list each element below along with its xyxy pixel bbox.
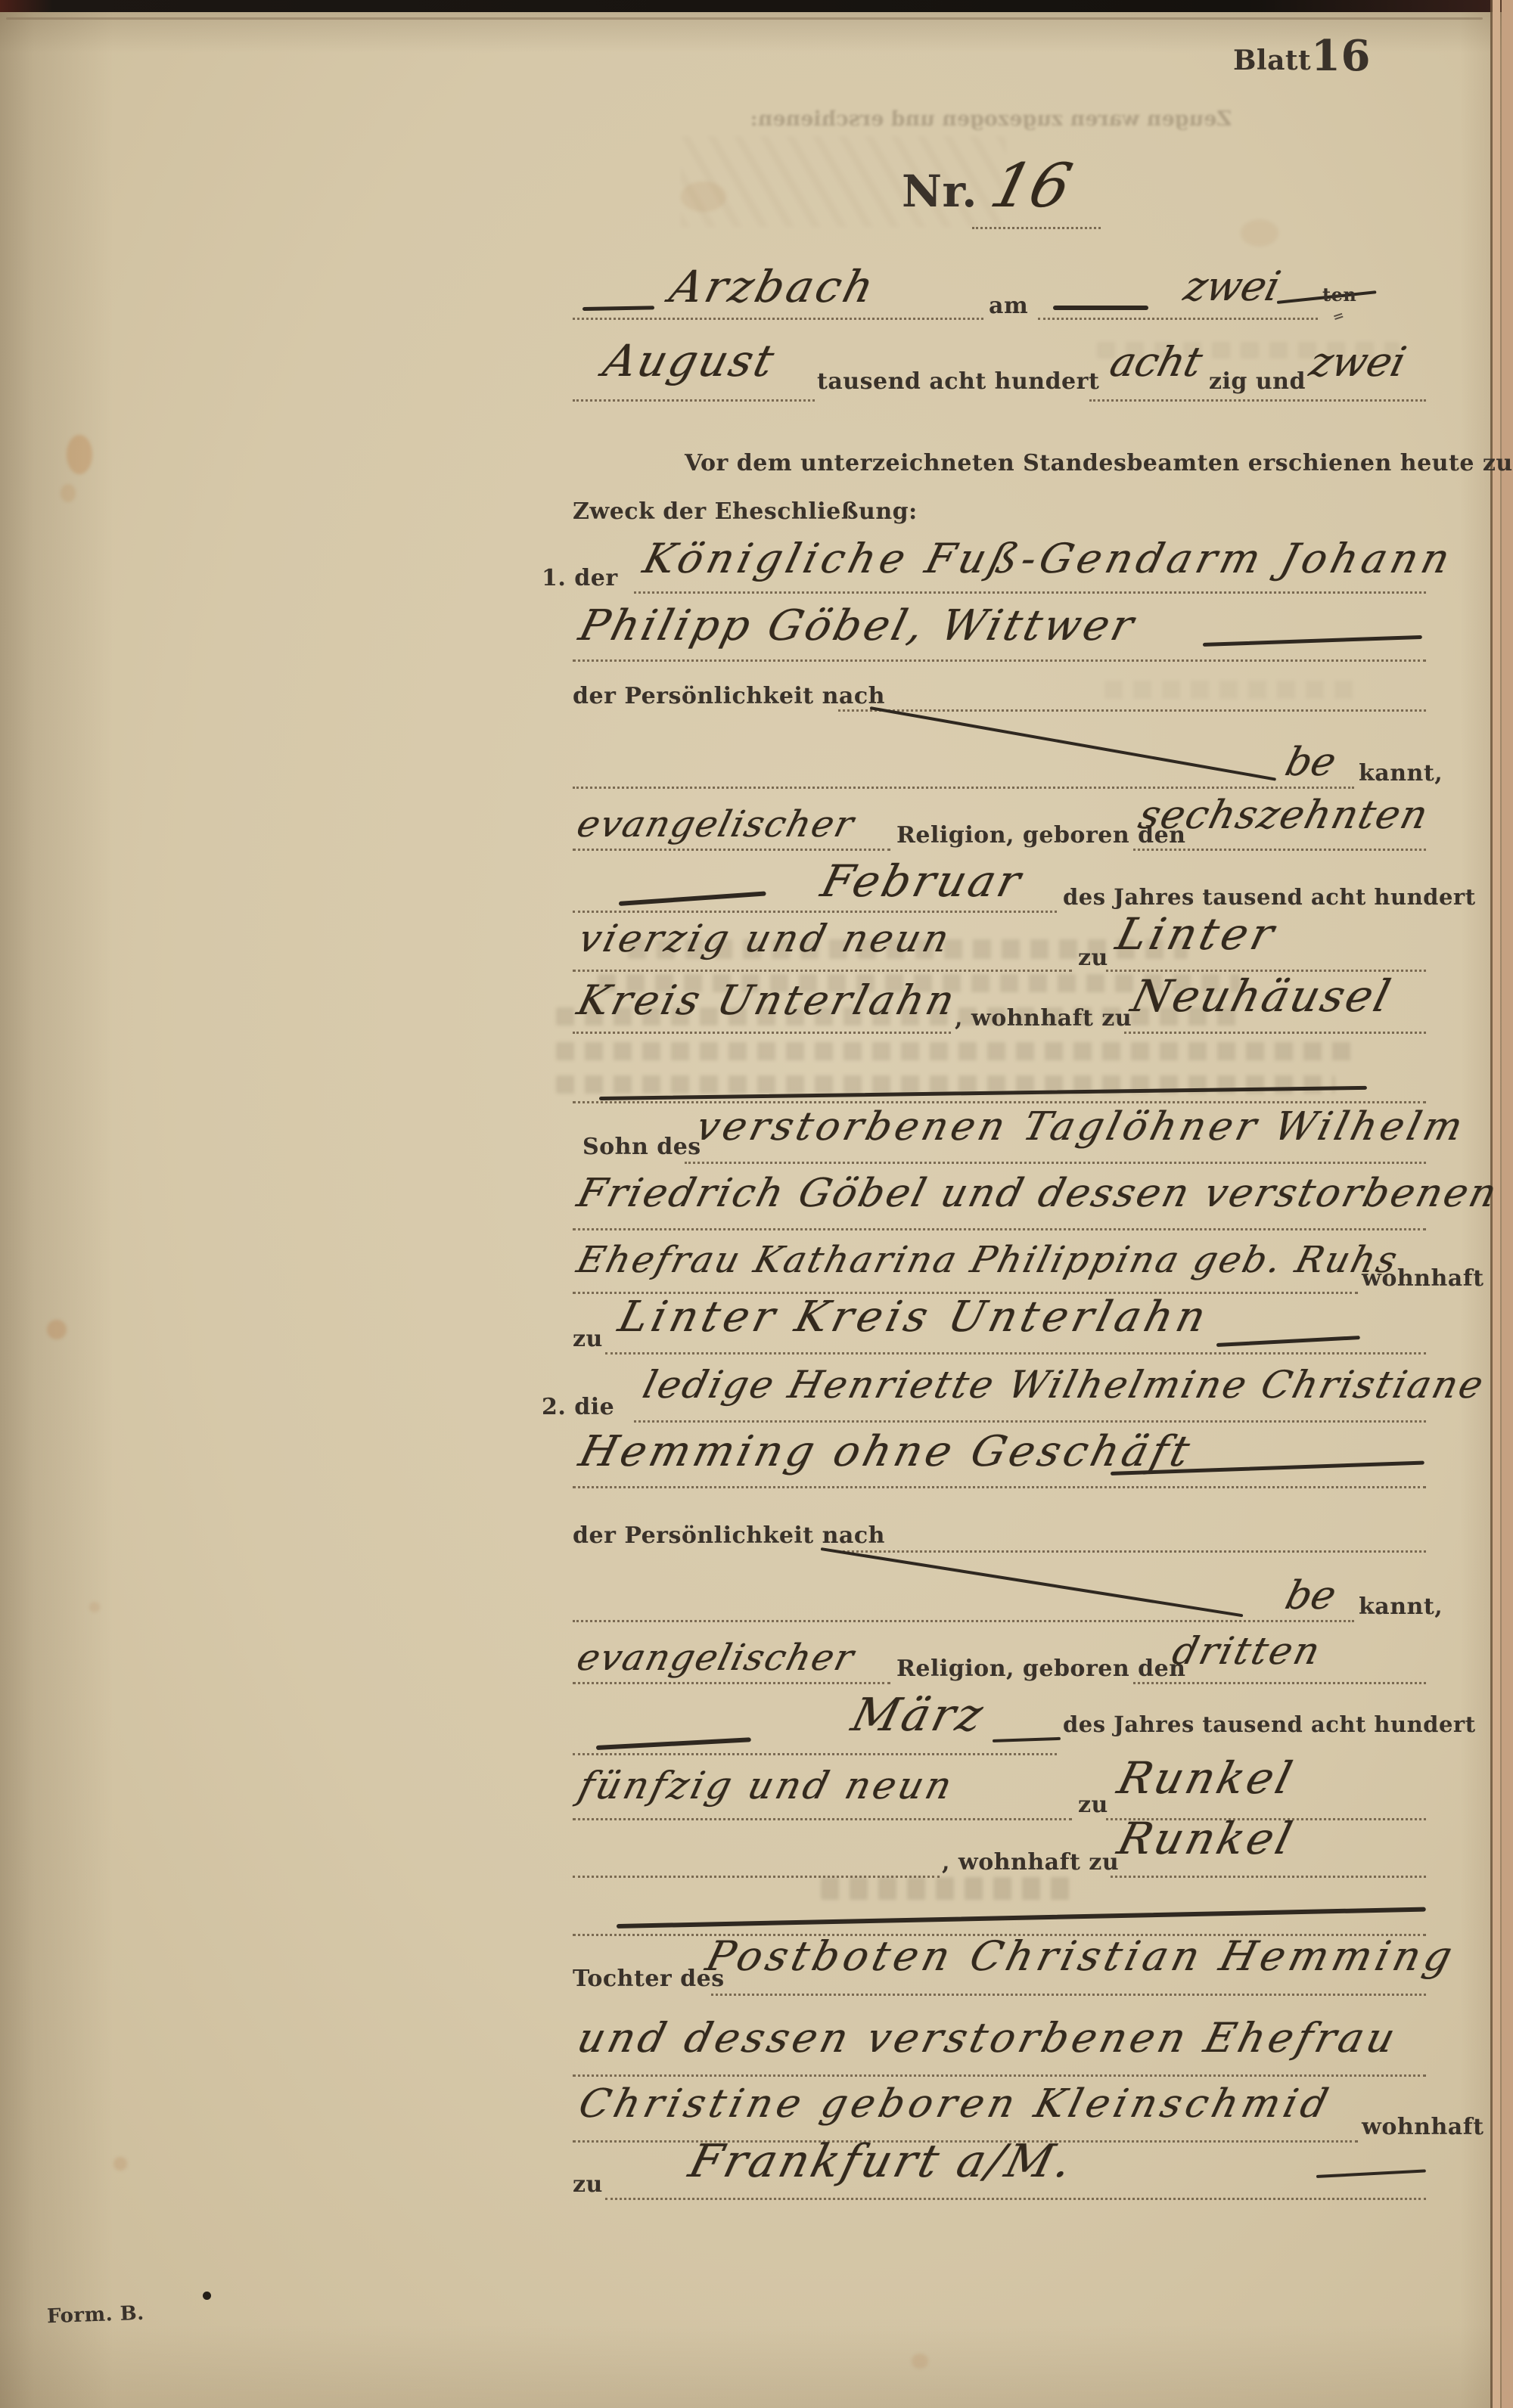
des-jahres-label-groom: des Jahres tausend acht hundert [1063, 886, 1476, 908]
bleedthrough-reverse-text: Zeugen waren zugezogen und erschienen: [803, 107, 1232, 131]
rule [711, 1994, 1426, 1996]
rule [573, 1876, 940, 1878]
rule [634, 1420, 1426, 1423]
rule [1124, 1032, 1426, 1034]
rule [573, 1682, 890, 1684]
des-jahres-label-bride: des Jahres tausend acht hundert [1063, 1714, 1476, 1736]
year-tens-entry: acht [1106, 342, 1206, 383]
foxing-spot [61, 484, 76, 502]
rule [1038, 318, 1318, 320]
rule [573, 1228, 1426, 1230]
nr-label: Nr. [902, 169, 977, 213]
groom-religion-entry: evangelischer [573, 806, 859, 842]
kannt-label-groom: kannt, [1359, 762, 1443, 785]
rule [573, 399, 815, 402]
rule [573, 659, 1426, 662]
form-code: Form. B. [47, 2304, 145, 2326]
rule [573, 911, 1057, 913]
rule [1133, 1682, 1426, 1684]
rule [573, 1101, 1426, 1103]
year-ones-entry: zwei [1306, 342, 1409, 383]
am-label: am [989, 295, 1028, 318]
zu-label-groom-parents: zu [573, 1328, 603, 1351]
bride-residence-entry: Runkel [1114, 1817, 1299, 1860]
bride-birth-place-entry: Runkel [1114, 1756, 1299, 1800]
groom-birth-year-entry: vierzig und neun [575, 920, 955, 957]
pen-strikeout-blank-line [617, 1907, 1426, 1929]
rule [573, 2074, 1426, 2077]
rule [573, 1032, 951, 1034]
rule [573, 849, 890, 851]
foxing-spot [67, 435, 92, 474]
ink-dot [203, 2292, 211, 2300]
rule [573, 1818, 1072, 1820]
rule [605, 2198, 1426, 2200]
bleedthrough-strip [556, 1042, 1358, 1060]
foxing-spot [681, 182, 726, 212]
bride-birth-month-entry: März [847, 1693, 990, 1738]
pen-dash [993, 1737, 1061, 1742]
page-top-edge-line [6, 17, 1483, 20]
pen-dash [1053, 306, 1148, 310]
groom-birth-month-entry: Februar [817, 859, 1027, 903]
rule [605, 1352, 1426, 1354]
registry-page: Zeugen waren zugezogen und erschienen: B… [0, 0, 1513, 2408]
rule [573, 1620, 1354, 1622]
zig-und-label: zig und [1209, 371, 1306, 393]
groom-birth-place-entry: Linter [1112, 912, 1282, 956]
month-entry: August [599, 339, 780, 383]
bride-known-entry: be [1282, 1576, 1340, 1615]
ten-suffix-label: ten [1322, 286, 1356, 304]
day-entry: zwei [1180, 266, 1284, 307]
wohnhaft-zu-label-bride: , wohnhaft zu [942, 1851, 1119, 1874]
bleedthrough-strip [821, 1877, 1070, 1900]
groom-parents-line2: Friedrich Göbel und dessen verstorbenen [573, 1174, 1502, 1213]
bride-parents-line2: und dessen verstorbenen Ehefrau [573, 2018, 1403, 2059]
rule [1133, 849, 1426, 851]
groom-residence-entry: Neuhäusel [1127, 974, 1396, 1018]
groom-parents-residence: Linter Kreis Unterlahn [614, 1296, 1214, 1339]
bride-parents-residence: Frankfurt a/M. [685, 2139, 1079, 2184]
groom-description-line1: Königliche Fuß-Gendarm Johann [639, 538, 1458, 579]
sohn-des-label: Sohn des [583, 1136, 701, 1159]
record-number: 16 [985, 156, 1077, 216]
rule [972, 227, 1101, 229]
rule [685, 1162, 1426, 1164]
blatt-label: Blatt [1233, 47, 1311, 74]
bleedthrough-strip [1104, 681, 1354, 699]
pen-dash [596, 1737, 751, 1750]
rule [838, 709, 1426, 712]
persoenlichkeit-label-groom: der Persönlichkeit nach [573, 685, 885, 708]
rule [634, 591, 1426, 594]
bride-description-line2: Hemming ohne Geschäft [575, 1431, 1197, 1473]
rule [838, 1550, 1426, 1553]
foxing-spot [912, 2354, 928, 2369]
pen-diagonal-stroke [821, 1547, 1244, 1617]
rule [573, 1486, 1426, 1488]
pen-dash [1316, 2169, 1426, 2178]
bride-description-line1: ledige Henriette Wilhelmine Christiane [639, 1366, 1489, 1404]
place-entry: Arzbach [666, 265, 881, 309]
groom-parents-line1: verstorbenen Taglöhner Wilhelm [692, 1107, 1470, 1147]
item1-label: 1. der [542, 567, 618, 590]
item2-label: 2. die [542, 1396, 614, 1419]
religion-label-bride: Religion, geboren den [896, 1658, 1185, 1680]
wohnhaft-label-bride-parents: wohnhaft [1362, 2116, 1483, 2139]
rule [1111, 1876, 1426, 1878]
intro-line-2: Zweck der Eheschließung: [573, 501, 918, 523]
wohnhaft-label-groom-parents: wohnhaft [1362, 1268, 1483, 1290]
rule [1089, 399, 1426, 402]
persoenlichkeit-label-bride: der Persönlichkeit nach [573, 1525, 885, 1547]
foxing-spot [1241, 219, 1278, 247]
intro-line-1: Vor dem unterzeichneten Standesbeamten e… [685, 452, 1513, 475]
groom-birth-place2-entry: Kreis Unterlahn [573, 980, 962, 1021]
rule [573, 970, 1072, 972]
tausend-label: tausend acht hundert [817, 371, 1099, 393]
bride-parents-line3: Christine geboren Kleinschmid [575, 2084, 1336, 2124]
ten-suffix-mark: = [1331, 309, 1347, 325]
pen-dash [619, 891, 766, 906]
book-top-edge [0, 0, 1513, 12]
zu-label-bride-birthplace: zu [1078, 1794, 1108, 1817]
groom-birth-day-entry: sechszehnten [1135, 796, 1433, 835]
groom-description-line2: Philipp Göbel, Wittwer [575, 605, 1140, 647]
pen-dash [1216, 1336, 1360, 1347]
bride-birth-year-entry: fünfzig und neun [575, 1767, 958, 1804]
pen-dash [1203, 635, 1422, 647]
pen-diagonal-stroke [870, 706, 1276, 781]
foxing-spot [113, 2157, 127, 2171]
zu-label-groom-birthplace: zu [1078, 947, 1108, 970]
foxing-spot [89, 1602, 100, 1612]
rule [573, 1753, 1057, 1755]
foxing-spot [47, 1320, 67, 1339]
rule [573, 318, 983, 320]
groom-parents-line3: Ehefrau Katharina Philippina geb. Ruhs [573, 1242, 1403, 1278]
bride-birth-day-entry: dritten [1169, 1632, 1325, 1670]
blatt-number: 16 [1311, 35, 1371, 77]
pen-dash [583, 306, 654, 311]
bride-religion-entry: evangelischer [573, 1640, 859, 1676]
groom-known-entry: be [1282, 743, 1340, 782]
kannt-label-bride: kannt, [1359, 1596, 1443, 1618]
rule [573, 787, 1354, 789]
bride-parents-line1: Postboten Christian Hemming [702, 1936, 1460, 1977]
zu-label-bride-parents: zu [573, 2174, 603, 2196]
wohnhaft-zu-label-groom: , wohnhaft zu [955, 1007, 1132, 1030]
